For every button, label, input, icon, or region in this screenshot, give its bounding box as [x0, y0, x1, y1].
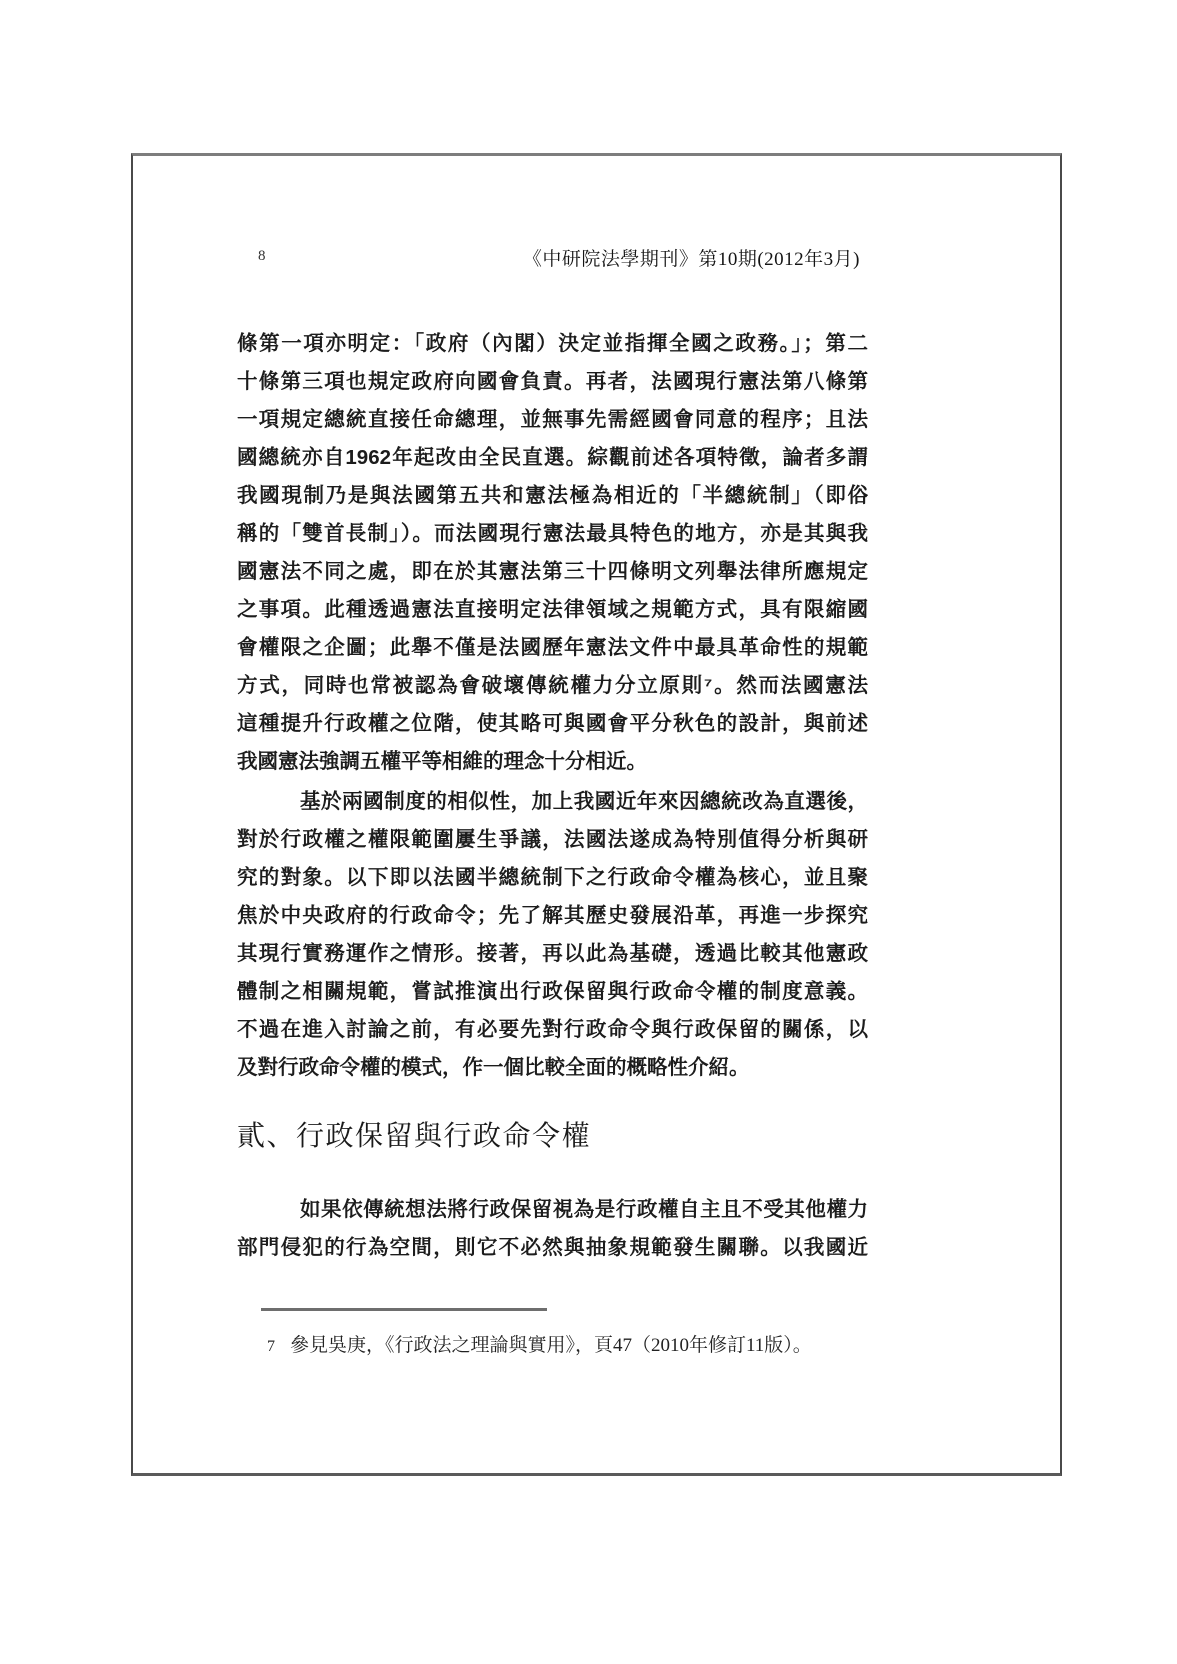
text-line: 稱的「雙首長制」）。而法國現行憲法最具特色的地方，亦是其與我: [237, 515, 868, 553]
text-line: 對於行政權之權限範圍屢生爭議，法國法遂成為特別值得分析與研: [237, 821, 868, 859]
footnote-text: 參見吳庚，《行政法之理論與實用》，頁47（2010年修訂11版）。: [290, 1335, 812, 1356]
footnote-divider: [261, 1308, 547, 1311]
text-line: 我國現制乃是與法國第五共和憲法極為相近的「半總統制」（即俗: [237, 477, 868, 515]
journal-title: 《中研院法學期刊》第10期(2012年3月): [237, 244, 866, 271]
text-line: 國憲法不同之處，即在於其憲法第三十四條明文列舉法律所應規定: [237, 553, 868, 591]
text-line: 這種提升行政權之位階，使其略可與國會平分秋色的設計，與前述: [237, 705, 868, 743]
text-line: 會權限之企圖；此舉不僅是法國歷年憲法文件中最具革命性的規範: [237, 629, 868, 667]
section-heading: 貳、行政保留與行政命令權: [237, 1116, 868, 1158]
text-line: 之事項。此種透過憲法直接明定法律領域之規範方式，具有限縮國: [237, 591, 868, 629]
text-line: 不過在進入討論之前，有必要先對行政命令與行政保留的關係，以: [237, 1011, 868, 1049]
text-line: 部門侵犯的行為空間，則它不必然與抽象規範發生關聯。以我國近: [237, 1229, 868, 1267]
text-line: 方式，同時也常被認為會破壞傳統權力分立原則⁷。然而法國憲法: [237, 667, 868, 705]
document-canvas: 8 《中研院法學期刊》第10期(2012年3月) 條第一項亦明定：「政府（內閣）…: [0, 0, 1177, 1664]
paragraph-3: 如果依傳統想法將行政保留視為是行政權自主且不受其他權力 部門侵犯的行為空間，則它…: [237, 1191, 868, 1267]
page-number: 8: [258, 248, 266, 265]
text-line: 條第一項亦明定：「政府（內閣）決定並指揮全國之政務。」；第二: [237, 325, 868, 363]
text-line: 我國憲法強調五權平等相維的理念十分相近。: [237, 743, 868, 781]
page-header: 8 《中研院法學期刊》第10期(2012年3月): [237, 244, 866, 270]
text-line: 焦於中央政府的行政命令；先了解其歷史發展沿革，再進一步探究: [237, 897, 868, 935]
paragraph-2: 基於兩國制度的相似性，加上我國近年來因總統改為直選後， 對於行政權之權限範圍屢生…: [237, 783, 868, 1087]
footnote-number: 7: [267, 1338, 275, 1355]
text-line: 基於兩國制度的相似性，加上我國近年來因總統改為直選後，: [237, 783, 868, 821]
text-line: 一項規定總統直接任命總理，並無事先需經國會同意的程序；且法: [237, 401, 868, 439]
page-frame: 8 《中研院法學期刊》第10期(2012年3月) 條第一項亦明定：「政府（內閣）…: [131, 153, 1062, 1476]
footnote: 7參見吳庚，《行政法之理論與實用》，頁47（2010年修訂11版）。: [237, 1332, 868, 1360]
paragraph-1: 條第一項亦明定：「政府（內閣）決定並指揮全國之政務。」；第二 十條第三項也規定政…: [237, 325, 868, 781]
text-line: 體制之相關規範，嘗試推演出行政保留與行政命令權的制度意義。: [237, 973, 868, 1011]
text-line: 其現行實務運作之情形。接著，再以此為基礎，透過比較其他憲政: [237, 935, 868, 973]
text-line: 如果依傳統想法將行政保留視為是行政權自主且不受其他權力: [237, 1191, 868, 1229]
text-line: 十條第三項也規定政府向國會負責。再者，法國現行憲法第八條第: [237, 363, 868, 401]
text-line: 國總統亦自1962年起改由全民直選。綜觀前述各項特徵，論者多謂: [237, 439, 868, 477]
text-line: 究的對象。以下即以法國半總統制下之行政命令權為核心，並且聚: [237, 859, 868, 897]
text-line: 及對行政命令權的模式，作一個比較全面的概略性介紹。: [237, 1049, 868, 1087]
